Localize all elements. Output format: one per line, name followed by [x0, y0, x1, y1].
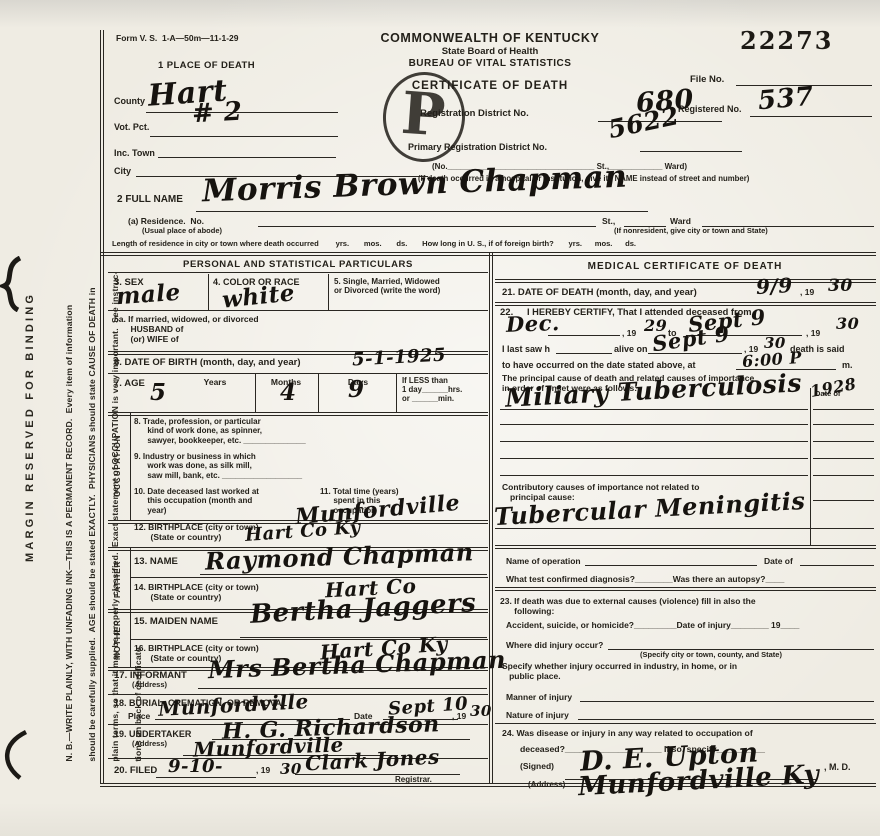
external-causes-label: 23. If death was due to external causes … [500, 596, 756, 616]
form-rule [150, 136, 338, 137]
occupation-related-label-1: 24. Was disease or injury in any way rel… [502, 728, 753, 738]
last-saw-label: I last saw h [502, 344, 550, 355]
manner-of-injury-label: Manner of injury [506, 692, 572, 702]
form-rule [750, 116, 872, 117]
state-board: State Board of Health [300, 46, 680, 57]
form-rule [548, 335, 620, 336]
full-name-value: Morris Brown Chapman [202, 159, 628, 210]
form-rule [108, 272, 488, 273]
dod-19-label: , 19 [800, 287, 814, 297]
age-years-label: Years [185, 377, 245, 387]
where-injury-hint: (Specify city or town, county, and State… [640, 651, 782, 660]
father-birthplace-label: 14. BIRTHPLACE (city or town) (State or … [134, 582, 259, 602]
form-rule [495, 723, 876, 724]
filed-label: 20. FILED [114, 765, 157, 776]
scan-mark-top [0, 256, 22, 312]
serial-number: 22273 [740, 26, 834, 55]
full-name-label: 2 FULL NAME [117, 194, 183, 206]
registrar-label: Registrar. [395, 775, 432, 784]
form-rule [100, 252, 876, 256]
form-rule [108, 310, 488, 311]
margin-binding-label: MARGIN RESERVED FOR BINDING [24, 292, 36, 562]
sex-value: male [115, 279, 181, 310]
form-rule [556, 353, 612, 354]
time-m-label: m. [842, 360, 853, 371]
industry-label: 9. Industry or business in which work wa… [134, 452, 302, 480]
nb-line-1: N. B.—WRITE PLAINLY, WITH UNFADING INK—T… [64, 305, 74, 762]
form-rule [255, 374, 256, 413]
abode-hint: (Usual place of abode) [142, 227, 222, 236]
certificate-scan: MARGIN RESERVED FOR BINDING N. B.—WRITE … [0, 0, 880, 836]
mother-name-value: Bertha Jaggers [249, 588, 477, 630]
commonwealth-title: COMMONWEALTH OF KENTUCKY [300, 31, 680, 46]
form-rule [208, 274, 209, 311]
filed-19-label: , 19 [256, 765, 270, 775]
primary-district-value: 5622 [606, 101, 682, 144]
father-side-label: FATHER [113, 561, 122, 598]
signed-address-label: (Address) [528, 780, 565, 789]
form-rule [500, 424, 808, 425]
form-rule [813, 424, 874, 425]
form-rule [810, 388, 811, 545]
contributory-label-1: Contributory causes of importance not re… [502, 482, 699, 492]
age-less-label: If LESS than 1 day______hrs. or ______mi… [402, 376, 486, 404]
residence-st-label: St., [602, 216, 615, 226]
trade-label: 8. Trade, profession, or particular kind… [134, 417, 306, 445]
form-rule [640, 151, 742, 152]
form-rule [813, 441, 874, 442]
certificate-title: CERTIFICATE OF DEATH [300, 80, 680, 94]
date-of-death-value: 9/9 [755, 273, 793, 299]
accident-row: Accident, suicide, or homicide?_________… [506, 620, 799, 630]
married-to-label: 5a. If married, widowed, or divorced HUS… [114, 314, 259, 344]
occurred-label: to have occurred on the date stated abov… [502, 360, 696, 371]
operation-label: Name of operation [506, 556, 581, 566]
form-rule [813, 458, 874, 459]
age-years-value: 5 [150, 379, 167, 406]
onset-date-value: 1928 [809, 374, 858, 401]
form-rule [500, 458, 808, 459]
occupation-side-label: OCCUPATION [113, 434, 122, 497]
form-rule [258, 226, 596, 227]
alive-on-label: alive on [614, 344, 648, 355]
nature-of-injury-label: Nature of injury [506, 710, 569, 720]
filed-year-value: 30 [280, 760, 302, 778]
form-rule [813, 500, 874, 501]
residence-ward-label: Ward [670, 216, 691, 226]
dob-value: 5-1-1925 [352, 345, 447, 371]
form-rule [500, 441, 808, 442]
death-time-value: 6:00 P [741, 348, 802, 371]
undertaker-address-label: (Address) [132, 740, 167, 749]
personal-section-title: PERSONAL AND STATISTICAL PARTICULARS [118, 259, 478, 270]
form-rule [156, 777, 256, 778]
bureau: BUREAU OF VITAL STATISTICS [300, 58, 680, 70]
nb-line-2: should be carefully supplied. AGE should… [87, 287, 97, 761]
county-label: County [114, 96, 145, 107]
to-19-label: , 19 [806, 328, 820, 338]
age-months-value: 4 [280, 379, 297, 406]
medical-section-title: MEDICAL CERTIFICATE OF DEATH [495, 261, 875, 273]
form-rule [495, 279, 876, 283]
father-name-label: 13. NAME [134, 556, 178, 567]
form-rule [500, 475, 808, 476]
registered-no-value: 537 [757, 82, 815, 117]
mother-name-label: 15. MAIDEN NAME [134, 616, 218, 627]
form-rule [495, 545, 876, 549]
to-year-value: 30 [836, 314, 859, 333]
form-rule [580, 701, 874, 702]
inc-town-label: Inc. Town [114, 148, 155, 159]
filed-date-value: 9-10- [168, 756, 223, 777]
form-rule [108, 373, 488, 374]
date-of-death-label: 21. DATE OF DEATH (month, day, and year) [502, 287, 697, 298]
form-rule [318, 374, 319, 413]
age-days-value: 9 [348, 376, 365, 403]
length-of-residence-row: Length of residence in city or town wher… [112, 240, 876, 249]
from-19-label: , 19 [622, 328, 636, 338]
precinct-label: Vot. Pct. [114, 122, 149, 133]
md-label: , M. D. [824, 762, 851, 773]
form-rule [585, 565, 757, 566]
dod-year-value: 30 [828, 276, 853, 296]
where-injury-label: Where did injury occur? [506, 640, 603, 650]
nonresident-hint: (If nonresident, give city or town and S… [614, 227, 768, 236]
form-rule [108, 412, 488, 416]
form-rule [198, 688, 487, 689]
burial-year-value: 30 [470, 702, 492, 720]
form-rule [800, 565, 874, 566]
precinct-value: # 2 [191, 97, 243, 130]
attended-from-value: Dec. [506, 310, 561, 337]
operation-date-label: Date of [764, 556, 793, 566]
dob-label: 6. DATE OF BIRTH (month, day, and year) [114, 357, 301, 368]
age-label: 7. AGE [114, 378, 145, 389]
test-autopsy-row: What test confirmed diagnosis?________Wa… [506, 574, 784, 584]
form-code: Form V. S. 1-A—50m—11-1-29 [116, 33, 239, 43]
nb-line-3: plain terms, so that it may be properly … [110, 271, 120, 761]
specify-injury-label: Specify whether injury occurred in indus… [502, 661, 737, 681]
marital-label: 5. Single, Married, Widowed or Divorced … [334, 277, 486, 296]
stamp-letter: P [399, 79, 447, 150]
file-no-label: File No. [690, 74, 724, 85]
residence-label: (a) Residence. No. [128, 216, 204, 226]
city-label: City [114, 166, 131, 177]
form-rule [813, 475, 874, 476]
informant-address-label: (Address) [132, 681, 167, 690]
form-rule [495, 302, 876, 306]
mother-side-label: MOTHER [113, 619, 122, 660]
form-rule [196, 211, 648, 212]
form-rule [130, 577, 488, 578]
form-rule [158, 157, 336, 158]
scan-mark-bottom [0, 728, 30, 780]
last-worked-label: 10. Date deceased last worked at this oc… [134, 487, 259, 515]
form-rule [813, 409, 874, 410]
burial-place-label: Place [128, 711, 150, 721]
form-rule [396, 374, 397, 413]
birthplace-label: 12. BIRTHPLACE (city or town) (State or … [134, 522, 259, 542]
signed-label: (Signed) [520, 761, 554, 771]
form-rule [578, 719, 874, 720]
place-of-death-label: 1 PLACE OF DEATH [158, 60, 255, 71]
form-rule [328, 274, 329, 311]
form-rule [495, 587, 876, 591]
